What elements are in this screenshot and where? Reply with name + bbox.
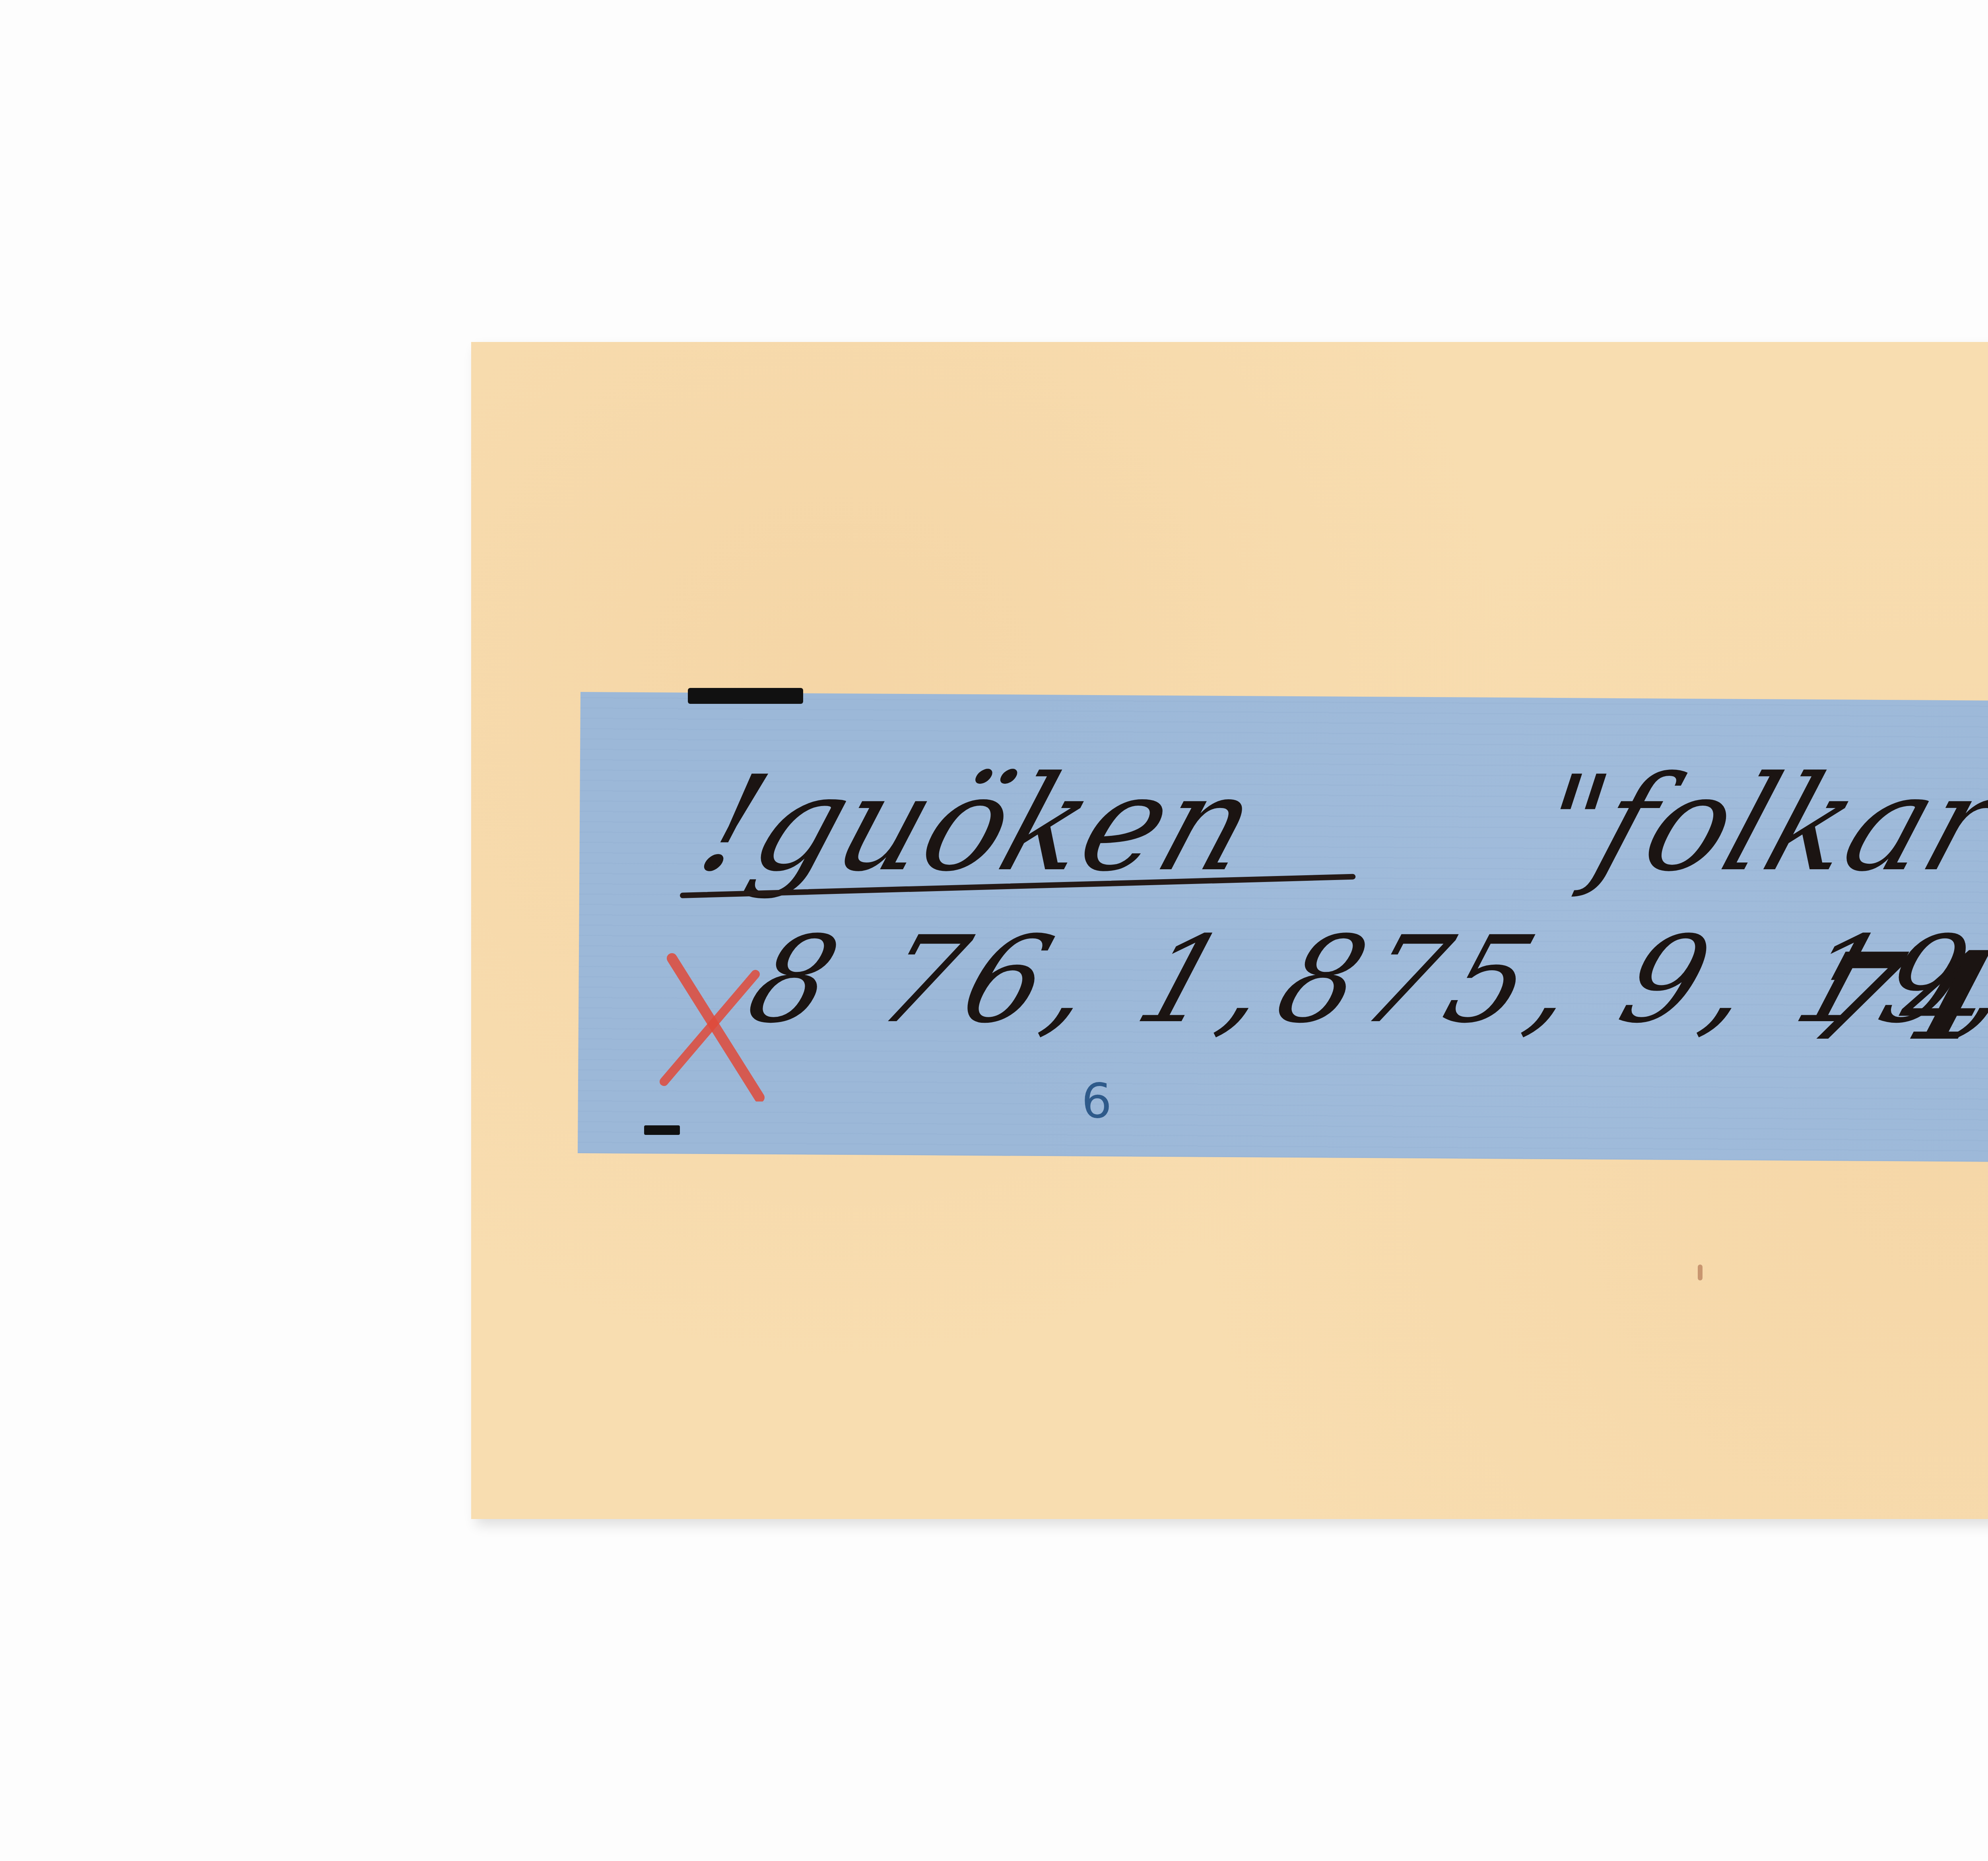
blue-pencil-annotation: 6 <box>1081 1074 1112 1129</box>
card-stain-mark <box>1698 1265 1703 1280</box>
red-cross-mark-icon <box>656 950 775 1101</box>
handwritten-number-group-1: 8 76, 1, <box>733 911 1297 1049</box>
handwritten-heading-right: "folkar apoor" <box>1518 748 1988 900</box>
handwritten-heading-left: !guöken <box>683 748 1275 900</box>
ink-mark-bottom-left <box>644 1125 680 1135</box>
ink-mark-top-left <box>688 688 803 704</box>
